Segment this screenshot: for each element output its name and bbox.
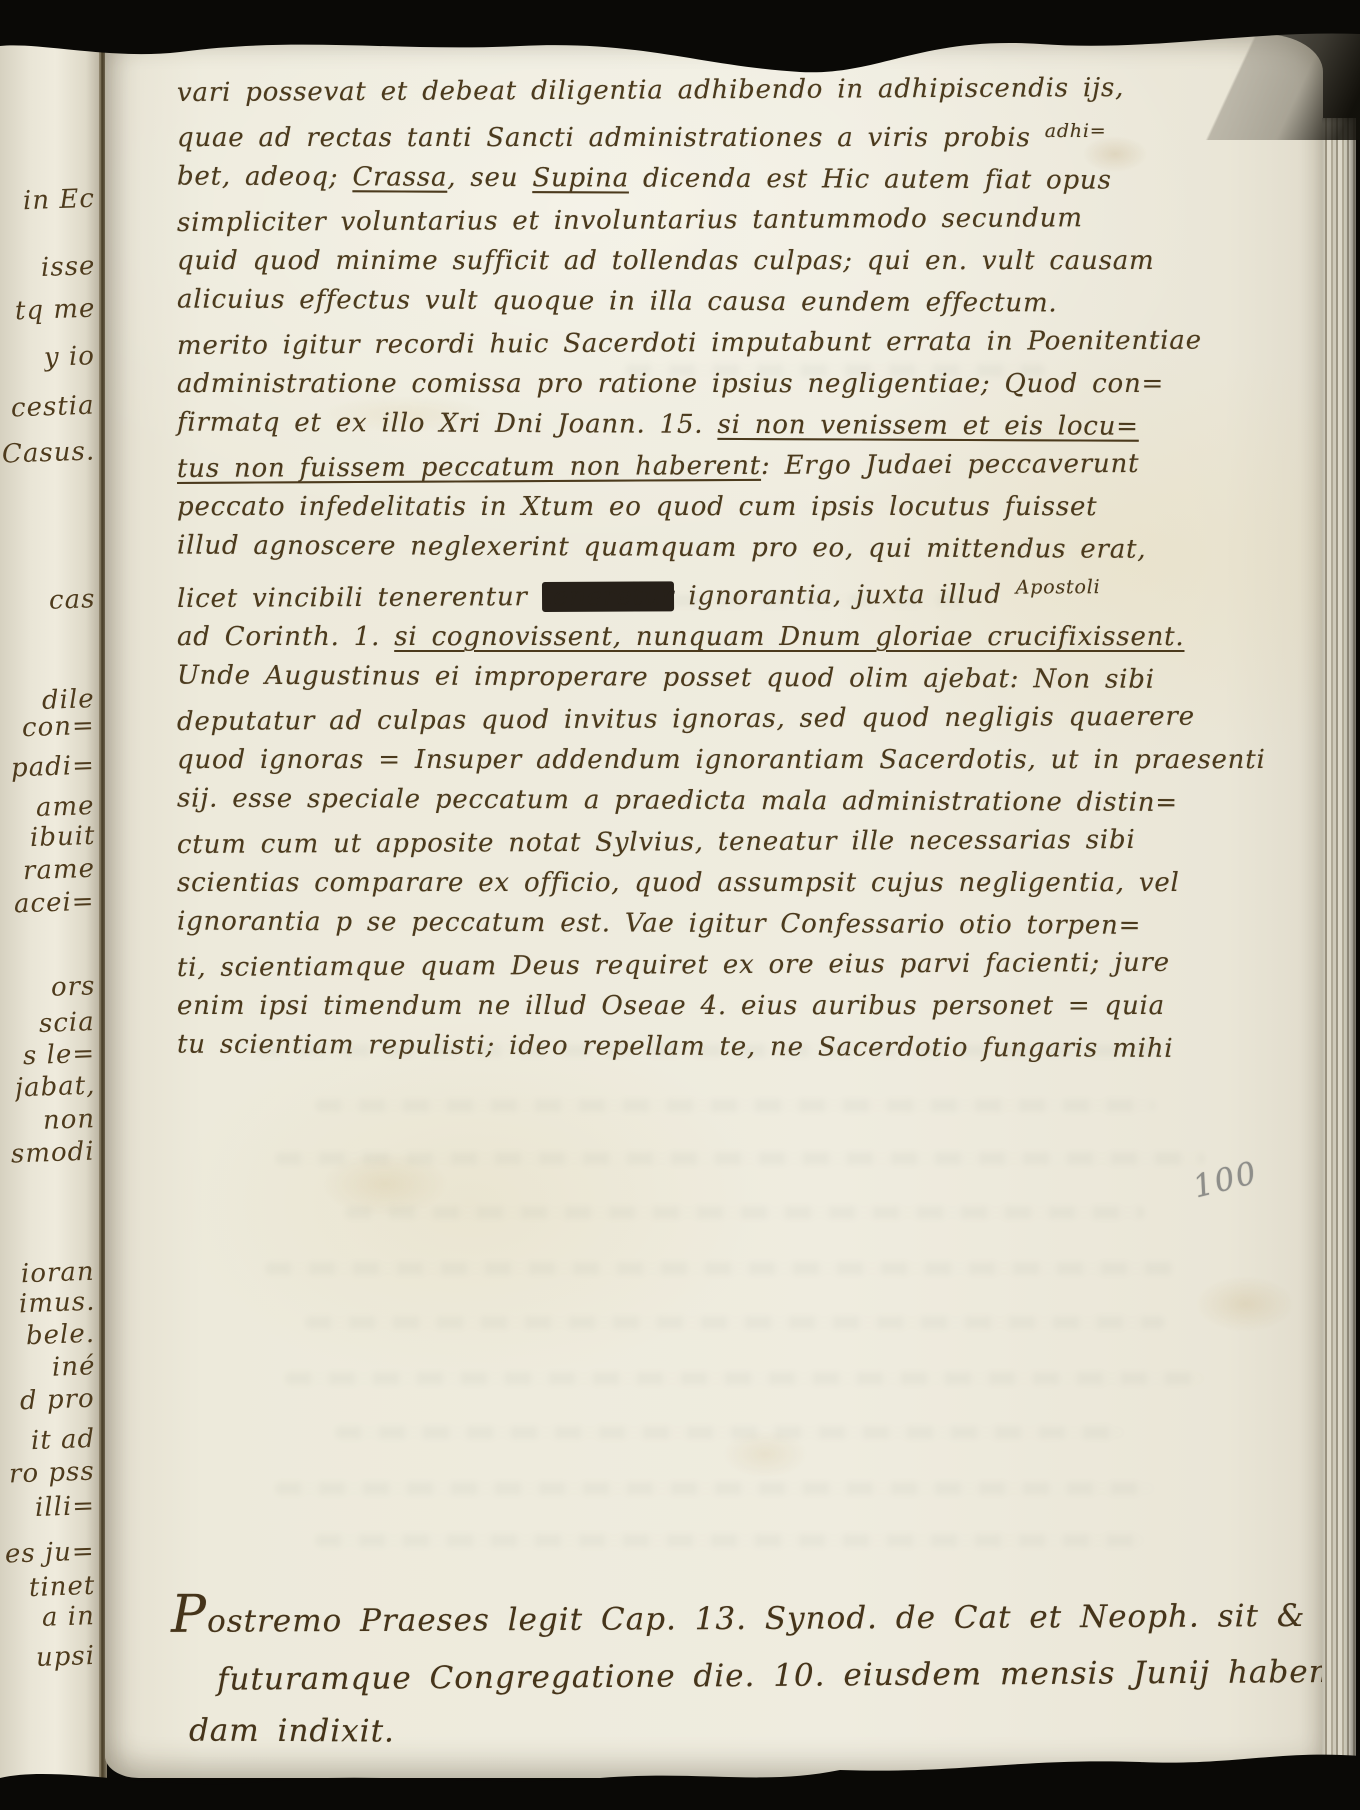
manuscript-line-segment: si non venissem et eis locu= [717,410,1138,442]
left-edge-text-fragment: d pro [20,1384,96,1417]
manuscript-line: tus non fuissem peccatum non haberent: E… [177,443,1307,490]
manuscript-page: vari possevat et debeat diligentia adhib… [105,34,1323,1778]
show-through-stroke [345,1206,1145,1219]
manuscript-line: scientias comparare ex officio, quod ass… [177,863,1307,904]
manuscript-line-segment: enim ipsi timendum ne illud Oseae 4. eiu… [177,991,1165,1021]
manuscript-line: enim ipsi timendum ne illud Oseae 4. eiu… [177,986,1307,1027]
manuscript-line: Postremo Praeses legit Cap. 13. Synod. d… [171,1581,1291,1651]
manuscript-line-segment: ti, scientiamque quam Deus requiret ex o… [177,948,1170,983]
left-edge-text-fragment: ors [50,971,95,1003]
show-through-stroke [305,1316,1165,1329]
show-through-stroke [285,1372,1205,1385]
manuscript-line-segment: illud agnoscere neglexerint quamquam pro… [177,531,1146,565]
manuscript-line: tu scientiam repulisti; ideo repellam te… [177,1025,1307,1071]
left-edge-text-fragment: ibuit [29,821,95,853]
left-edge-text-fragment: isse [40,251,95,283]
folio-number-pencil: 100 [1190,1155,1262,1206]
manuscript-line: dam indixit. [189,1703,1291,1765]
left-edge-text-fragment: tq me [14,294,95,327]
show-through-stroke [315,1099,1155,1112]
left-edge-text-fragment: ro pss [9,1457,96,1490]
manuscript-line: sij. esse speciale peccatum a praedicta … [177,779,1307,825]
manuscript-line: futuramque Congregatione die. 10. eiusde… [217,1644,1291,1708]
bottom-text-block: Postremo Praeses legit Cap. 13. Synod. d… [171,1584,1291,1762]
manuscript-line: merito igitur recordi huic Sacerdoti imp… [177,320,1307,367]
manuscript-line: peccato infedelitatis in Xtum eo quod cu… [177,487,1307,528]
manuscript-line: administratione comissa pro ratione ipsi… [177,364,1307,405]
left-edge-text-fragment: bele. [25,1319,95,1351]
left-edge-text-fragment: s le= [22,1039,95,1071]
manuscript-line: quid quod minime sufficit ad tollendas c… [177,241,1307,282]
left-edge-text-fragment: smodi [11,1137,96,1170]
manuscript-line-segment: tus non fuissem peccatum non haberent [177,451,761,484]
manuscript-line: ctum cum ut apposite notat Sylvius, tene… [177,819,1307,866]
manuscript-line-segment: peccato infedelitatis in Xtum eo quod cu… [177,492,1097,522]
left-edge-text-fragment: scia [39,1007,96,1039]
manuscript-line-segment: deputatur ad culpas quod invitus ignoras… [177,702,1195,737]
show-through-stroke [265,1262,1175,1275]
left-edge-text-fragment: imus. [18,1287,95,1320]
show-through-stroke [275,1152,1205,1165]
manuscript-line-segment: : Ergo Judaei peccaverunt [761,449,1140,481]
left-edge-text-fragment: ioran [21,1257,96,1290]
manuscript-line-segment: Crassa [352,162,447,192]
manuscript-line-segment: merito igitur recordi huic Sacerdoti imp… [177,326,1202,361]
left-edge-text-fragment: cestia [11,391,96,424]
manuscript-line-segment: Unde Augustinus ei improperare posset qu… [177,661,1155,695]
manuscript-scan: in Ecissetq mey iocestiaCasus.casdilecon… [0,0,1360,1810]
left-edge-text-fragment: con= [22,711,96,744]
manuscript-line-segment: alicuius effectus vult quoque in illa ca… [177,285,1058,319]
left-edge-text-fragment: illi= [34,1491,95,1523]
manuscript-line-segment: tu scientiam repulisti; ideo repellam te… [177,1030,1174,1064]
manuscript-line: vari possevat et debeat diligentia adhib… [177,67,1307,114]
manuscript-line-segment: , seu [447,163,532,193]
fore-edge-page-stack [1322,118,1356,1798]
manuscript-line-segment: licet vincibili tenerentur [177,582,542,614]
manuscript-line-segment: dicenda est Hic autem fiat opus [629,164,1112,196]
manuscript-line: Unde Augustinus ei improperare posset qu… [177,656,1307,702]
manuscript-line-segment: firmatq et ex illo Xri Dni Joann. 15. [177,408,718,440]
manuscript-line-segment: administratione comissa pro ratione ipsi… [177,369,1164,399]
manuscript-line: ad Corinth. 1. si cognovissent, nunquam … [177,617,1307,658]
manuscript-line: ignorantia p se peccatum est. Vae igitur… [177,902,1307,948]
manuscript-line: illud agnoscere neglexerint quamquam pro… [177,526,1307,572]
left-edge-text-fragment: non [42,1104,95,1136]
manuscript-line: licet vincibili tenerentur teneretur ign… [177,566,1307,620]
left-edge-text-fragment: acei= [14,887,96,920]
left-edge-text-fragment: padi= [11,751,96,784]
left-edge-text-fragment: y io [44,341,96,373]
manuscript-line: ti, scientiamque quam Deus requiret ex o… [177,942,1307,989]
manuscript-line-segment: quae ad rectas tanti Sancti administrati… [177,123,1045,153]
manuscript-line-segment: adhi= [1045,120,1107,142]
left-edge-text-fragment: rame [23,854,96,886]
manuscript-line: quae ad rectas tanti Sancti administrati… [177,111,1307,159]
manuscript-line-segment: teneretur [542,581,675,612]
left-edge-text-fragment: in Ec [23,184,96,216]
manuscript-line-segment: quod ignoras = Insuper addendum ignorant… [177,745,1266,775]
left-edge-text-fragment: Casus. [1,436,95,469]
manuscript-line-segment: quid quod minime sufficit ad tollendas c… [177,246,1155,276]
manuscript-line: alicuius effectus vult quoque in illa ca… [177,280,1307,326]
left-edge-text-fragment: tinet [28,1571,95,1603]
manuscript-line-segment: bet, adeoq; [177,162,353,193]
manuscript-line-segment: Supina [532,163,629,193]
main-text-block: vari possevat et debeat diligentia adhib… [177,70,1307,1068]
manuscript-line: firmatq et ex illo Xri Dni Joann. 15. si… [177,403,1307,449]
left-page-edge: in Ecissetq mey iocestiaCasus.casdilecon… [0,0,101,1810]
left-edge-text-fragment: cas [48,584,95,616]
show-through-stroke [275,1482,1155,1495]
manuscript-line-segment: dam indixit. [189,1713,395,1750]
left-edge-text-fragment: a in [42,1601,96,1633]
manuscript-line: simpliciter voluntarius et involuntarius… [177,197,1307,244]
left-edge-text-fragment: ame [36,791,96,823]
left-edge-text-fragment: it ad [30,1424,95,1456]
manuscript-line-segment: ad Corinth. 1. [177,622,394,652]
manuscript-line-segment: si cognovissent, nunquam Dnum gloriae cr… [394,622,1184,652]
manuscript-line-segment: sij. esse speciale peccatum a praedicta … [177,784,1178,818]
manuscript-line: bet, adeoq; Crassa, seu Supina dicenda e… [177,157,1307,203]
left-edge-text-fragment: jabat, [14,1071,95,1104]
manuscript-line-segment: scientias comparare ex officio, quod ass… [177,868,1180,898]
manuscript-line-segment: futuramque Congregatione die. 10. eiusde… [217,1654,1357,1698]
left-edge-text-fragment: es ju= [5,1536,96,1569]
manuscript-line: deputatur ad culpas quod invitus ignoras… [177,696,1307,743]
left-edge-text-fragment: iné [51,1351,95,1382]
manuscript-line-segment: vari possevat et debeat diligentia adhib… [177,73,1124,108]
manuscript-line-segment: Postremo Praeses legit Cap. 13. Synod. d… [171,1598,1306,1640]
manuscript-line-segment: ignorantia p se peccatum est. Vae igitur… [177,907,1141,941]
show-through-stroke [335,1426,1125,1439]
manuscript-line: quod ignoras = Insuper addendum ignorant… [177,740,1307,781]
left-edge-text-fragment: upsi [35,1641,95,1673]
manuscript-line-segment: ignorantia, juxta illud [674,580,1016,612]
manuscript-line-segment: simpliciter voluntarius et involuntarius… [177,203,1083,238]
manuscript-line-segment: ctum cum ut apposite notat Sylvius, tene… [177,825,1136,860]
manuscript-line-segment: Apostoli [1016,576,1101,598]
show-through-stroke [315,1534,1145,1547]
